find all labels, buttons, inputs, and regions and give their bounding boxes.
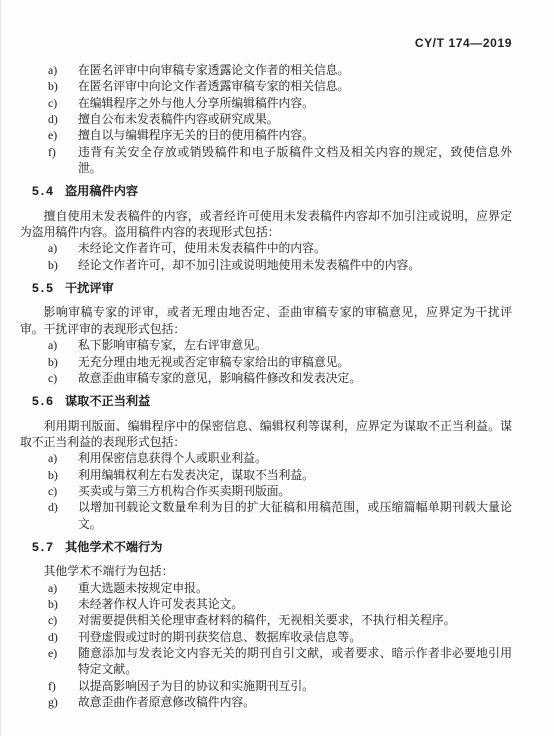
list-item-text: 在编辑程序之外与他人分享所编辑稿件内容。 bbox=[78, 95, 512, 111]
list-item-text: 在匿名评审中向论文作者透露审稿专家的相关信息。 bbox=[78, 78, 512, 94]
section-number: 5.6 bbox=[32, 394, 55, 408]
list-item: b) 经论文作者许可，却不加引注或说明地使用未发表稿件中的内容。 bbox=[48, 257, 512, 273]
section-heading: 5.4盗用稿件内容 bbox=[32, 183, 512, 199]
list-item-text: 随意添加与发表论文内容无关的期刊自引文献，或者要求、暗示作者非必要地引用特定文献… bbox=[78, 645, 512, 678]
section-number: 5.5 bbox=[32, 281, 55, 295]
list-item-text: 利用编辑权利左右发表决定，谋取不当利益。 bbox=[78, 467, 512, 483]
section-paragraph: 其他学术不端行为包括： bbox=[20, 563, 512, 579]
list-item: d) 刊登虚假或过时的期刊获奖信息、数据库收录信息等。 bbox=[48, 629, 512, 645]
list-item-label: d) bbox=[48, 499, 78, 515]
list-item: b) 未经著作权人许可发表其论文。 bbox=[48, 596, 512, 612]
list-item-label: c) bbox=[48, 483, 78, 499]
list-item-label: a) bbox=[48, 337, 78, 353]
lettered-list: a) 未经论文作者许可，使用未发表稿件中的内容。 b) 经论文作者许可，却不加引… bbox=[20, 240, 512, 273]
list-item: c) 故意歪曲审稿专家的意见，影响稿件修改和发表决定。 bbox=[48, 370, 512, 386]
list-item-label: a) bbox=[48, 62, 78, 78]
document-section: 5.5干扰评审 影响审稿专家的评审，或者无理由地否定、歪曲审稿专家的审稿意见，应… bbox=[20, 280, 512, 386]
list-item-label: f) bbox=[48, 144, 78, 160]
section-title: 干扰评审 bbox=[65, 281, 114, 295]
list-item-label: b) bbox=[48, 467, 78, 483]
list-item: b) 无充分理由地无视或否定审稿专家给出的审稿意见。 bbox=[48, 354, 512, 370]
section-paragraph: 擅自使用未发表稿件的内容，或者经许可使用未发表稿件内容却不加引注或说明，应界定为… bbox=[20, 208, 512, 241]
list-item-text: 未经论文作者许可，使用未发表稿件中的内容。 bbox=[78, 240, 512, 256]
list-item: d) 以增加刊载论文数量牟利为目的扩大征稿和用稿范围，或压缩篇幅单期刊载大量论文… bbox=[48, 499, 512, 532]
list-item: b) 利用编辑权利左右发表决定，谋取不当利益。 bbox=[48, 467, 512, 483]
list-item-label: f) bbox=[48, 678, 78, 694]
list-item: a) 私下影响审稿专家，左右评审意见。 bbox=[48, 337, 512, 353]
list-item-label: b) bbox=[48, 596, 78, 612]
list-item-text: 故意歪曲作者原意修改稿件内容。 bbox=[78, 694, 512, 710]
lettered-list: a) 重大选题未按规定申报。 b) 未经著作权人许可发表其论文。 c) 对需要提… bbox=[20, 580, 512, 711]
list-item: a) 在匿名评审中向审稿专家透露论文作者的相关信息。 bbox=[48, 62, 512, 78]
list-item: a) 未经论文作者许可，使用未发表稿件中的内容。 bbox=[48, 240, 512, 256]
list-item-label: d) bbox=[48, 111, 78, 127]
section-title: 盗用稿件内容 bbox=[65, 184, 138, 198]
list-item-text: 擅自公布未发表稿件内容或研究成果。 bbox=[78, 111, 512, 127]
list-item: b) 在匿名评审中向论文作者透露审稿专家的相关信息。 bbox=[48, 78, 512, 94]
section-heading: 5.6谋取不正当利益 bbox=[32, 393, 512, 409]
list-item-text: 刊登虚假或过时的期刊获奖信息、数据库收录信息等。 bbox=[78, 629, 512, 645]
list-item: g) 故意歪曲作者原意修改稿件内容。 bbox=[48, 694, 512, 710]
list-item-label: a) bbox=[48, 240, 78, 256]
list-item-label: e) bbox=[48, 127, 78, 143]
list-item: d) 擅自公布未发表稿件内容或研究成果。 bbox=[48, 111, 512, 127]
section-title: 谋取不正当利益 bbox=[65, 394, 150, 408]
standard-number-header: CY/T 174—2019 bbox=[415, 36, 512, 50]
list-item-label: c) bbox=[48, 95, 78, 111]
list-item-label: b) bbox=[48, 257, 78, 273]
section-paragraph: 利用期刊版面、编辑程序中的保密信息、编辑权利等谋利，应界定为谋取不正当利益。谋取… bbox=[20, 418, 512, 451]
document-page: CY/T 174—2019 a) 在匿名评审中向审稿专家透露论文作者的相关信息。… bbox=[0, 0, 554, 736]
list-item-text: 以提高影响因子为目的协议和实施期刊互引。 bbox=[78, 678, 512, 694]
list-item-label: b) bbox=[48, 354, 78, 370]
list-item-text: 违背有关安全存放或销毁稿件和电子版稿件文档及相关内容的规定，致使信息外泄。 bbox=[78, 144, 512, 177]
list-item: c) 在编辑程序之外与他人分享所编辑稿件内容。 bbox=[48, 95, 512, 111]
document-section: 5.6谋取不正当利益 利用期刊版面、编辑程序中的保密信息、编辑权利等谋利，应界定… bbox=[20, 393, 512, 532]
section-paragraph: 影响审稿专家的评审，或者无理由地否定、歪曲审稿专家的审稿意见，应界定为干扰评审。… bbox=[20, 304, 512, 337]
list-item-text: 无充分理由地无视或否定审稿专家给出的审稿意见。 bbox=[78, 354, 512, 370]
sections-container: 5.4盗用稿件内容 擅自使用未发表稿件的内容，或者经许可使用未发表稿件内容却不加… bbox=[20, 183, 512, 710]
section-heading: 5.7其他学术不端行为 bbox=[32, 539, 512, 555]
document-section: 5.7其他学术不端行为 其他学术不端行为包括： a) 重大选题未按规定申报。 b… bbox=[20, 539, 512, 710]
list-item-text: 对需要提供相关伦理审查材料的稿件，无视相关要求，不执行相关程序。 bbox=[78, 612, 512, 628]
list-item-text: 私下影响审稿专家，左右评审意见。 bbox=[78, 337, 512, 353]
list-item: f) 以提高影响因子为目的协议和实施期刊互引。 bbox=[48, 678, 512, 694]
document-body: a) 在匿名评审中向审稿专家透露论文作者的相关信息。 b) 在匿名评审中向论文作… bbox=[20, 62, 512, 710]
list-item: e) 随意添加与发表论文内容无关的期刊自引文献，或者要求、暗示作者非必要地引用特… bbox=[48, 645, 512, 678]
list-item-text: 买卖或与第三方机构合作买卖期刊版面。 bbox=[78, 483, 512, 499]
list-item-text: 未经著作权人许可发表其论文。 bbox=[78, 596, 512, 612]
list-item-text: 以增加刊载论文数量牟利为目的扩大征稿和用稿范围，或压缩篇幅单期刊载大量论文。 bbox=[78, 499, 512, 532]
list-item: c) 买卖或与第三方机构合作买卖期刊版面。 bbox=[48, 483, 512, 499]
section-number: 5.4 bbox=[32, 184, 55, 198]
list-item-label: a) bbox=[48, 450, 78, 466]
section-number: 5.7 bbox=[32, 540, 55, 554]
list-item-text: 在匿名评审中向审稿专家透露论文作者的相关信息。 bbox=[78, 62, 512, 78]
section-title: 其他学术不端行为 bbox=[65, 540, 163, 554]
list-item-text: 利用保密信息获得个人或职业利益。 bbox=[78, 450, 512, 466]
lettered-list: a) 利用保密信息获得个人或职业利益。 b) 利用编辑权利左右发表决定，谋取不当… bbox=[20, 450, 512, 532]
lettered-list: a) 私下影响审稿专家，左右评审意见。 b) 无充分理由地无视或否定审稿专家给出… bbox=[20, 337, 512, 386]
section-heading: 5.5干扰评审 bbox=[32, 280, 512, 296]
list-item-label: a) bbox=[48, 580, 78, 596]
intro-list: a) 在匿名评审中向审稿专家透露论文作者的相关信息。 b) 在匿名评审中向论文作… bbox=[20, 62, 512, 176]
list-item-label: e) bbox=[48, 645, 78, 661]
list-item: e) 擅自以与编辑程序无关的目的使用稿件内容。 bbox=[48, 127, 512, 143]
list-item-label: d) bbox=[48, 629, 78, 645]
list-item-text: 故意歪曲审稿专家的意见，影响稿件修改和发表决定。 bbox=[78, 370, 512, 386]
list-item: c) 对需要提供相关伦理审查材料的稿件，无视相关要求，不执行相关程序。 bbox=[48, 612, 512, 628]
list-item-label: b) bbox=[48, 78, 78, 94]
list-item-text: 擅自以与编辑程序无关的目的使用稿件内容。 bbox=[78, 127, 512, 143]
document-section: 5.4盗用稿件内容 擅自使用未发表稿件的内容，或者经许可使用未发表稿件内容却不加… bbox=[20, 183, 512, 273]
list-item: f) 违背有关安全存放或销毁稿件和电子版稿件文档及相关内容的规定，致使信息外泄。 bbox=[48, 144, 512, 177]
list-item-text: 经论文作者许可，却不加引注或说明地使用未发表稿件中的内容。 bbox=[78, 257, 512, 273]
list-item-label: c) bbox=[48, 612, 78, 628]
list-item: a) 利用保密信息获得个人或职业利益。 bbox=[48, 450, 512, 466]
list-item: a) 重大选题未按规定申报。 bbox=[48, 580, 512, 596]
list-item-label: c) bbox=[48, 370, 78, 386]
list-item-label: g) bbox=[48, 694, 78, 710]
list-item-text: 重大选题未按规定申报。 bbox=[78, 580, 512, 596]
